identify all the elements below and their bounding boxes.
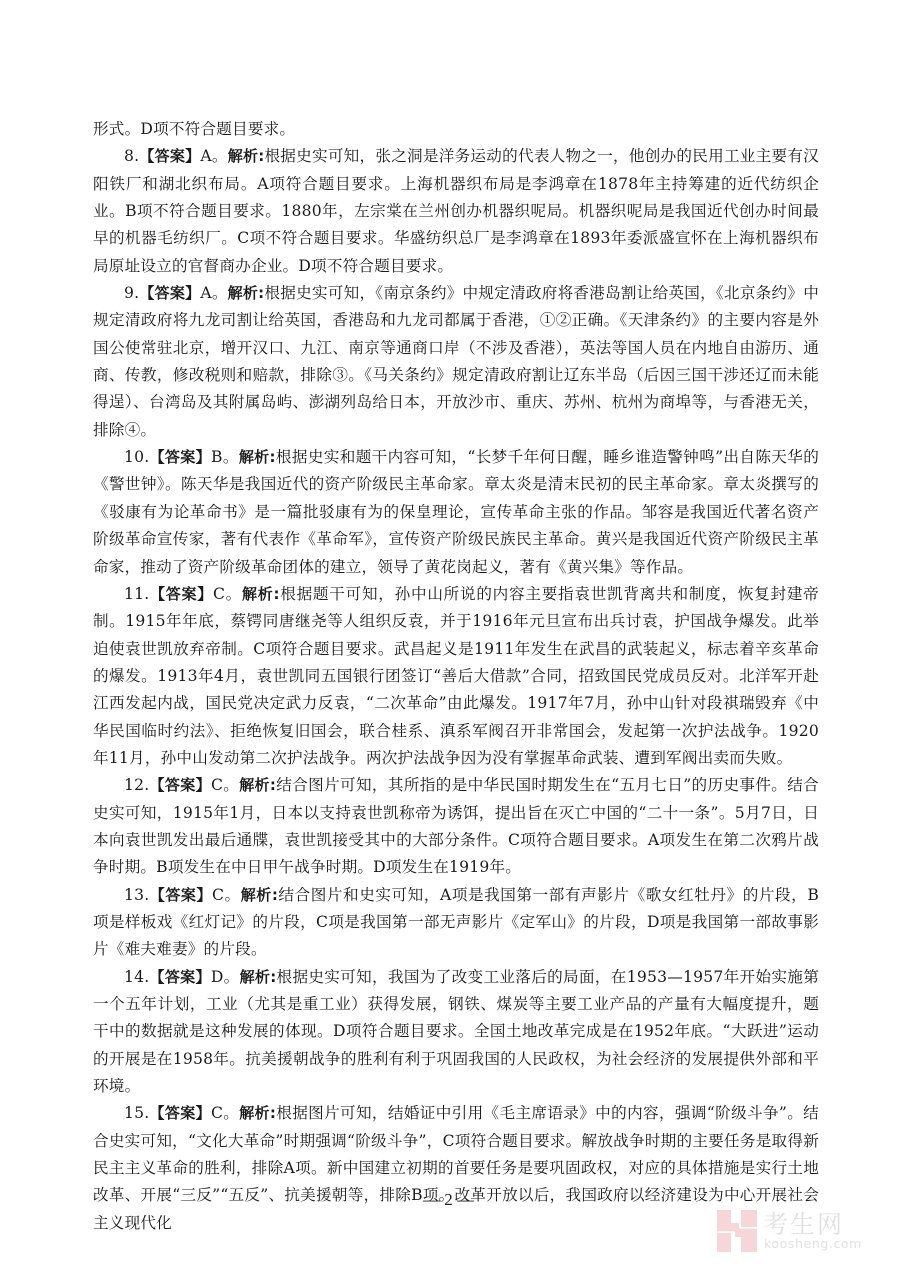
answer-explanations: 形式。D项不符合题目要求。 8.【答案】A。解析:根据史实可知，张之洞是洋务运动… [93, 116, 819, 1237]
analysis-tag: 解析: [239, 776, 276, 794]
answer-letter: C。 [212, 886, 241, 904]
question-number: 15. [124, 1104, 149, 1122]
question-number: 14. [124, 968, 149, 986]
answer-tag: 【答案】 [149, 886, 212, 904]
watermark: 考生网 koosheng.com [717, 1207, 877, 1255]
answer-item-15: 15.【答案】C。解析:根据图片可知，结婚证中引用《毛主席语录》中的内容，强调“… [93, 1100, 819, 1237]
question-number: 10. [124, 448, 149, 466]
answer-tag: 【答案】 [149, 1104, 211, 1122]
answer-tag: 【答案】 [149, 968, 210, 986]
answer-item-8: 8.【答案】A。解析:根据史实可知，张之洞是洋务运动的代表人物之一，他创办的民用… [93, 143, 819, 280]
analysis-tag: 解析: [240, 968, 277, 986]
answer-item-11: 11.【答案】C。解析:根据题干可知，孙中山所说的内容主要指袁世凯背离共和制度，… [93, 581, 819, 772]
analysis-tag: 解析: [228, 147, 265, 165]
answer-letter: A。 [200, 147, 227, 165]
question-number: 9. [124, 284, 139, 302]
koosheng-logo-icon [717, 1210, 757, 1252]
question-number: 12. [124, 776, 149, 794]
answer-tag: 【答案】 [139, 284, 200, 302]
answer-letter: A。 [200, 284, 227, 302]
analysis-text: 根据题干可知，孙中山所说的内容主要指袁世凯背离共和制度，恢复封建帝制。1915年… [93, 585, 819, 767]
watermark-brand-en: koosheng.com [764, 1236, 862, 1251]
question-number: 8. [124, 147, 139, 165]
answer-tag: 【答案】 [139, 147, 200, 165]
answer-tag: 【答案】 [149, 448, 211, 466]
analysis-tag: 解析: [239, 1104, 276, 1122]
question-number: 13. [124, 886, 149, 904]
answer-item-9: 9.【答案】A。解析:根据史实可知，《南京条约》中规定清政府将香港岛割让给英国，… [93, 280, 819, 444]
analysis-tag: 解析: [228, 284, 265, 302]
answer-letter: C。 [211, 776, 239, 794]
analysis-tag: 解析: [242, 585, 280, 603]
answer-item-13: 13.【答案】C。解析:结合图片和史实可知，A项是我国第一部有声影片《歌女红牡丹… [93, 882, 819, 964]
answer-item-14: 14.【答案】D。解析:根据史实可知，我国为了改变工业落后的局面，在1953—1… [93, 964, 819, 1101]
analysis-text: 根据史实可知，张之洞是洋务运动的代表人物之一，他创办的民用工业主要有汉阳铁厂和湖… [93, 147, 819, 274]
analysis-text: 根据史实可知，《南京条约》中规定清政府将香港岛割让给英国，《北京条约》中规定清政… [93, 284, 819, 439]
answer-item-10: 10.【答案】B。解析:根据史实和题干内容可知，“长梦千年何日醒，睡乡谁造警钟鸣… [93, 444, 819, 581]
analysis-text: 根据史实和题干内容可知，“长梦千年何日醒，睡乡谁造警钟鸣”出自陈天华的《警世钟》… [93, 448, 819, 575]
answer-letter: C。 [211, 1104, 239, 1122]
analysis-text: 根据史实可知，我国为了改变工业落后的局面，在1953—1957年开始实施第一个五… [93, 968, 819, 1095]
answer-tag: 【答案】 [149, 776, 211, 794]
page-number-text: — 2 — [423, 1190, 474, 1210]
analysis-text: 根据图片可知，结婚证中引用《毛主席语录》中的内容，强调“阶级斗争”。结合史实可知… [93, 1104, 819, 1231]
answer-item-12: 12.【答案】C。解析:结合图片可知，其所指的是中华民国时期发生在“五月七日”的… [93, 772, 819, 881]
answer-letter: B。 [211, 448, 239, 466]
analysis-tag: 解析: [239, 448, 276, 466]
answer-tag: 【答案】 [149, 585, 213, 603]
answer-letter: C。 [213, 585, 242, 603]
lead-in-paragraph: 形式。D项不符合题目要求。 [93, 116, 819, 143]
answer-letter: D。 [211, 968, 240, 986]
analysis-tag: 解析: [241, 886, 278, 904]
question-number: 11. [124, 585, 149, 603]
